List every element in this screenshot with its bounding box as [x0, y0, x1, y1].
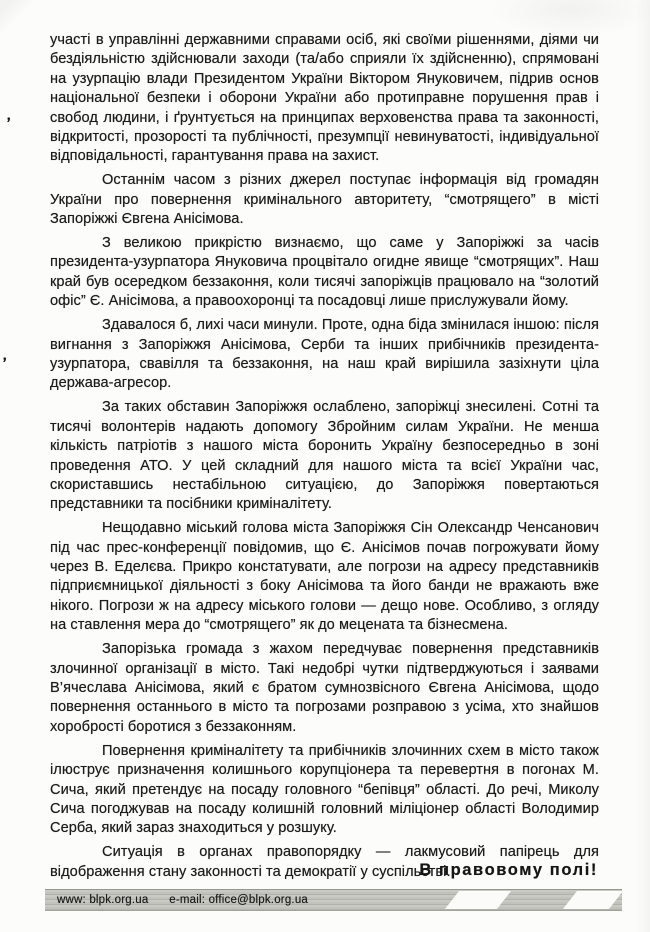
body-paragraph: За таких обставин Запоріжжя ослаблено, з… [50, 398, 599, 514]
band-diagonal-cutout [445, 891, 511, 909]
body-paragraph: участі в управлінні державними справами … [50, 31, 599, 167]
scan-ink-mark: ’ [5, 115, 11, 132]
body-paragraph: Останнім часом з різних джерел поступає … [50, 171, 599, 229]
www-label: www: [57, 894, 86, 906]
email-label: e-mail: [169, 894, 205, 906]
letter-body: участі в управлінні державними справами … [50, 31, 599, 887]
body-paragraph: Здавалося б, лихі часи минули. Проте, од… [50, 316, 599, 394]
scanned-letter-page: { "doc": { "paragraphs": [ { "text": "уч… [0, 0, 650, 932]
scan-ink-mark: ’ [1, 355, 7, 372]
band-diagonal-cutout [563, 891, 623, 909]
email-address: office@blpk.org.ua [209, 894, 308, 906]
footer-contacts: www: blpk.org.ua e-mail: office@blpk.org… [57, 890, 308, 910]
body-paragraph: Нещодавно міський голова міста Запоріжжя… [50, 519, 599, 635]
body-paragraph: З великою прикрістю визнаємо, що саме у … [50, 234, 599, 312]
body-paragraph: Запорізька громада з жахом передчуває по… [50, 640, 599, 737]
footer-contact-band: www: blpk.org.ua e-mail: office@blpk.org… [45, 889, 622, 911]
slogan-text: В правовому полі! [419, 861, 598, 880]
body-paragraph: Повернення криміналітету та прибічників … [50, 742, 599, 839]
website-address: blpk.org.ua [89, 894, 148, 906]
